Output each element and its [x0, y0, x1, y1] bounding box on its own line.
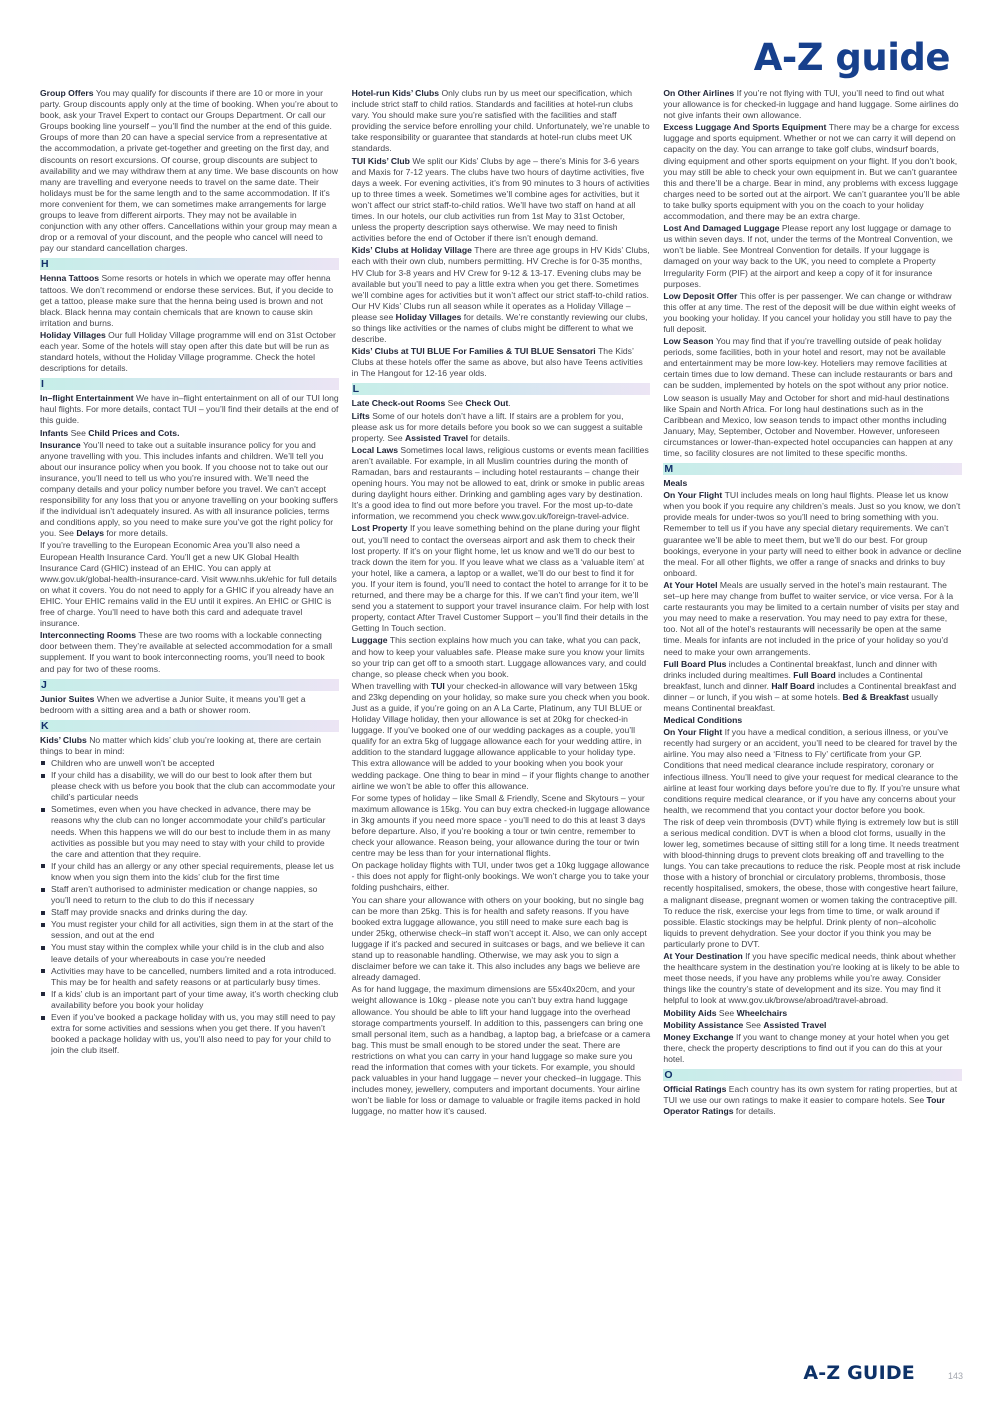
- section-letter: H: [41, 258, 49, 270]
- entry-term: Late Check-out Rooms: [352, 398, 448, 408]
- entry-local-laws: Local Laws Sometimes local laws, religio…: [352, 445, 651, 523]
- entry-term: Low Deposit Offer: [663, 291, 739, 301]
- entry-in-flight-entertainment: In–flight Entertainment We have in–fligh…: [40, 393, 339, 426]
- entry-term: Mobility Assistance: [663, 1020, 745, 1030]
- entry-on-your-flight: On Your Flight TUI includes meals on lon…: [663, 490, 962, 579]
- entry-kids-clubs: Kids’ Clubs No matter which kids’ club y…: [40, 735, 339, 757]
- section-bar-O: O: [663, 1069, 962, 1081]
- entry-full-board-plus: Full Board Plus includes a Continental b…: [663, 659, 962, 714]
- entry-mobility-aids: Mobility Aids See Wheelchairs: [663, 1008, 962, 1019]
- entry-term: Interconnecting Rooms: [40, 630, 138, 640]
- entry-term: Local Laws: [352, 445, 401, 455]
- entry-at-your-destination: At Your Destination If you have specific…: [663, 951, 962, 1006]
- bullet-item: Children who are unwell won’t be accepte…: [40, 758, 339, 769]
- entry-low-season: Low Season You may find that if you’re t…: [663, 336, 962, 391]
- entry-interconnecting-rooms: Interconnecting Rooms These are two room…: [40, 630, 339, 674]
- entry-term: Hotel-run Kids’ Clubs: [352, 88, 442, 98]
- entry-term: Kids’ Clubs: [40, 735, 89, 745]
- section-letter: K: [41, 720, 49, 732]
- entry-low-deposit-offer: Low Deposit Offer This offer is per pass…: [663, 291, 962, 335]
- entry-at-your-hotel: At Your Hotel Meals are usually served i…: [663, 580, 962, 658]
- entry-term: Kids’ Clubs at TUI BLUE For Families & T…: [352, 346, 598, 356]
- entry-late-check-out-rooms: Late Check-out Rooms See Check Out.: [352, 398, 651, 409]
- entry-insurance: Insurance You’ll need to take out a suit…: [40, 440, 339, 540]
- entry-on-your-flight: On Your Flight If you have a medical con…: [663, 727, 962, 816]
- entry-term: Official Ratings: [663, 1084, 728, 1094]
- entry-group-offers: Group Offers You may qualify for discoun…: [40, 88, 339, 254]
- entry-term: Lifts: [352, 411, 373, 421]
- entry-meals: Meals: [663, 478, 962, 489]
- entry-term: Lost Property: [352, 523, 410, 533]
- paragraph: When travelling with TUI your checked-in…: [352, 681, 651, 792]
- section-bar-M: M: [663, 463, 962, 475]
- section-letter: J: [41, 679, 47, 691]
- paragraph: As for hand luggage, the maximum dimensi…: [352, 984, 651, 1117]
- entry-term: On Your Flight: [663, 727, 724, 737]
- bullet-item: Sometimes, even when you have checked in…: [40, 804, 339, 859]
- entry-medical-conditions: Medical Conditions: [663, 715, 962, 726]
- entry-term: At Your Destination: [663, 951, 745, 961]
- section-bar-K: K: [40, 720, 339, 732]
- footer-section-label: A-Z GUIDE: [803, 1362, 915, 1384]
- entry-term: Group Offers: [40, 88, 96, 98]
- entry-luggage: Luggage This section explains how much y…: [352, 635, 651, 679]
- column-left: Group Offers You may qualify for discoun…: [40, 88, 339, 1057]
- section-letter: I: [41, 378, 44, 390]
- entry-term: Excess Luggage And Sports Equipment: [663, 122, 828, 132]
- entry-kids-clubs-at-holiday-village: Kids’ Clubs at Holiday Village There are…: [352, 245, 651, 345]
- entry-term: Kids’ Clubs at Holiday Village: [352, 245, 475, 255]
- entry-term: Money Exchange: [663, 1032, 736, 1042]
- entry-money-exchange: Money Exchange If you want to change mon…: [663, 1032, 962, 1065]
- entry-term: Low Season: [663, 336, 716, 346]
- entry-term: In–flight Entertainment: [40, 393, 136, 403]
- entry-tui-kids-club: TUI Kids’ Club We split our Kids’ Clubs …: [352, 156, 651, 245]
- entry-mobility-assistance: Mobility Assistance See Assisted Travel: [663, 1020, 962, 1031]
- entry-junior-suites: Junior Suites When we advertise a Junior…: [40, 694, 339, 716]
- bullet-item: Even if you’ve booked a package holiday …: [40, 1012, 339, 1056]
- entry-hotel-run-kids-clubs: Hotel-run Kids’ Clubs Only clubs run by …: [352, 88, 651, 155]
- entry-holiday-villages: Holiday Villages Our full Holiday Villag…: [40, 330, 339, 374]
- entry-term: Luggage: [352, 635, 390, 645]
- page-number: 143: [948, 1371, 963, 1381]
- paragraph: If you’re travelling to the European Eco…: [40, 540, 339, 629]
- section-bar-L: L: [352, 383, 651, 395]
- section-bar-H: H: [40, 258, 339, 270]
- section-letter: L: [353, 383, 359, 395]
- entry-term: On Other Airlines: [663, 88, 736, 98]
- entry-term: Insurance: [40, 440, 83, 450]
- bullet-item: If your child has an allergy or any othe…: [40, 861, 339, 883]
- entry-lost-and-damaged-luggage: Lost And Damaged Luggage Please report a…: [663, 223, 962, 290]
- content-columns: Group Offers You may qualify for discoun…: [40, 88, 962, 1118]
- entry-infants: Infants See Child Prices and Cots.: [40, 428, 339, 439]
- entry-lost-property: Lost Property If you leave something beh…: [352, 523, 651, 634]
- bullet-item: Activities may have to be cancelled, num…: [40, 966, 339, 988]
- entry-term: Mobility Aids: [663, 1008, 719, 1018]
- entry-official-ratings: Official Ratings Each country has its ow…: [663, 1084, 962, 1117]
- section-letter: M: [664, 463, 673, 475]
- entry-term: On Your Flight: [663, 490, 724, 500]
- entry-term: TUI Kids’ Club: [352, 156, 413, 166]
- entry-term: Meals: [663, 478, 687, 488]
- paragraph: Low season is usually May and October fo…: [663, 393, 962, 460]
- paragraph: For some types of holiday – like Small &…: [352, 793, 651, 860]
- bullet-item: You must register your child for all act…: [40, 919, 339, 941]
- bullet-item: You must stay within the complex while y…: [40, 942, 339, 964]
- paragraph: The risk of deep vein thrombosis (DVT) w…: [663, 817, 962, 950]
- entry-excess-luggage-and-sports-equipment: Excess Luggage And Sports Equipment Ther…: [663, 122, 962, 222]
- entry-on-other-airlines: On Other Airlines If you’re not flying w…: [663, 88, 962, 121]
- paragraph: You can share your allowance with others…: [352, 895, 651, 984]
- column-right: On Other Airlines If you’re not flying w…: [663, 88, 962, 1118]
- entry-term: Henna Tattoos: [40, 273, 101, 283]
- entry-henna-tattoos: Henna Tattoos Some resorts or hotels in …: [40, 273, 339, 328]
- section-bar-J: J: [40, 679, 339, 691]
- entry-lifts: Lifts Some of our hotels don’t have a li…: [352, 411, 651, 444]
- entry-term: Full Board Plus: [663, 659, 728, 669]
- entry-term: Infants: [40, 428, 71, 438]
- entry-term: Junior Suites: [40, 694, 97, 704]
- bullet-item: Staff aren’t authorised to administer me…: [40, 884, 339, 906]
- section-bar-I: I: [40, 378, 339, 390]
- column-middle: Hotel-run Kids’ Clubs Only clubs run by …: [352, 88, 651, 1118]
- entry-term: At Your Hotel: [663, 580, 720, 590]
- entry-term: Holiday Villages: [40, 330, 108, 340]
- entry-term: Lost And Damaged Luggage: [663, 223, 782, 233]
- bullet-item: If a kids’ club is an important part of …: [40, 989, 339, 1011]
- bullet-item: Staff may provide snacks and drinks duri…: [40, 907, 339, 918]
- page-title: A-Z guide: [754, 36, 950, 79]
- bullet-list: Children who are unwell won’t be accepte…: [40, 758, 339, 1056]
- bullet-item: If your child has a disability, we will …: [40, 770, 339, 803]
- entry-kids-clubs-at-tui-blue-for-families-tui-blue-sensatori: Kids’ Clubs at TUI BLUE For Families & T…: [352, 346, 651, 379]
- entry-term: Medical Conditions: [663, 715, 742, 725]
- section-letter: O: [664, 1069, 672, 1081]
- paragraph: On package holiday flights with TUI, und…: [352, 860, 651, 893]
